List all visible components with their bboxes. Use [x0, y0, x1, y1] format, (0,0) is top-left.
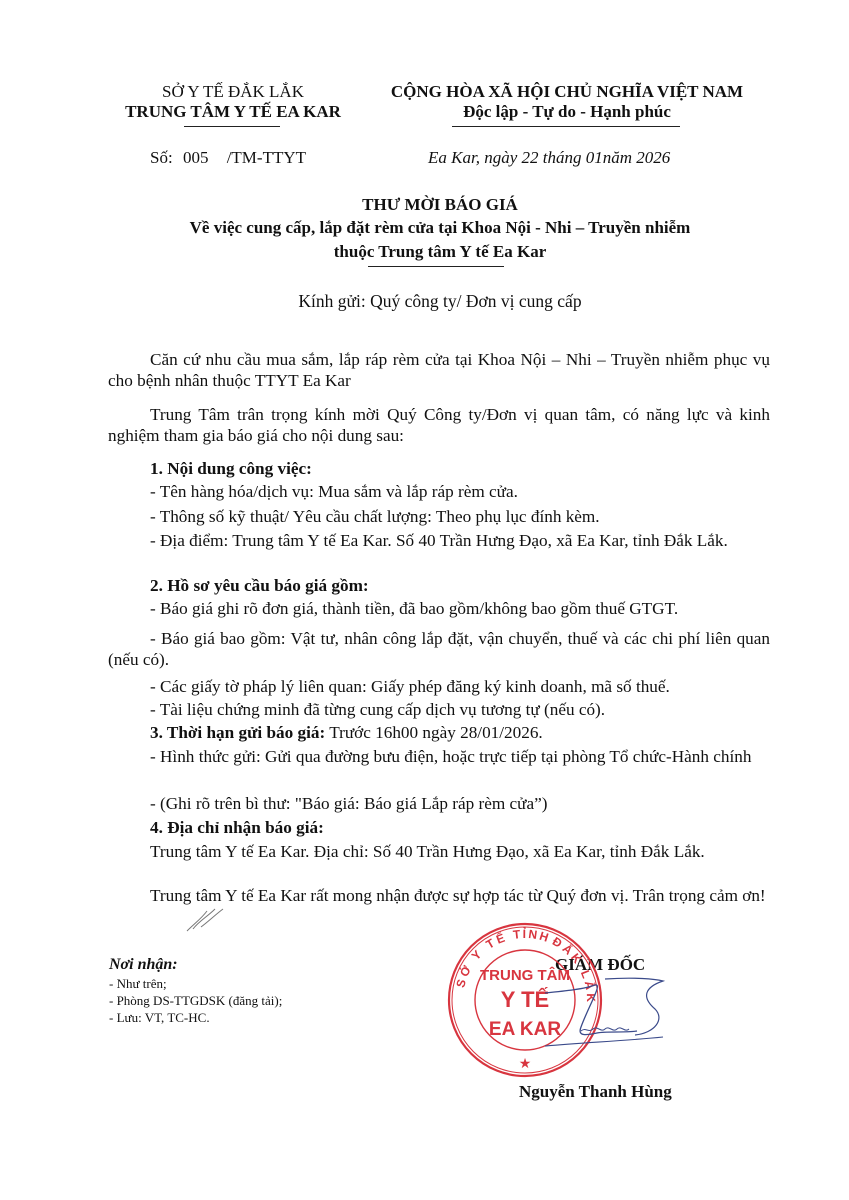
salutation: Kính gửi: Quý công ty/ Đơn vị cung cấp [100, 291, 780, 312]
section2-item: - Báo giá ghi rõ đơn giá, thành tiền, đã… [150, 598, 678, 619]
closing-paragraph: Trung tâm Y tế Ea Kar rất mong nhận được… [108, 885, 770, 906]
section1-item: - Thông số kỹ thuật/ Yêu cầu chất lượng:… [150, 506, 600, 527]
section3-item: - (Ghi rõ trên bì thư: "Báo giá: Báo giá… [150, 793, 547, 814]
recipient-item: - Như trên; [109, 976, 167, 991]
section2-item: - Các giấy tờ pháp lý liên quan: Giấy ph… [150, 676, 670, 697]
section1-heading: 1. Nội dung công việc: [150, 458, 312, 479]
signature-scribble [545, 975, 675, 1050]
signer-name: Nguyễn Thanh Hùng [519, 1082, 672, 1102]
place-date: Ea Kar, ngày 22 tháng 01năm 2026 [428, 148, 670, 168]
section3-heading-line: 3. Thời hạn gửi báo giá: Trước 16h00 ngà… [150, 722, 543, 743]
section2-heading: 2. Hồ sơ yêu cầu báo giá gồm: [150, 575, 369, 596]
document-number: Số: 005 /TM-TTYT [150, 148, 306, 168]
svg-text:★: ★ [519, 1057, 532, 1072]
recipients-label: Nơi nhận: [109, 956, 178, 974]
document-subject-line1: Về việc cung cấp, lắp đặt rèm cửa tại Kh… [100, 218, 780, 238]
document-subject-line2: thuộc Trung tâm Y tế Ea Kar [100, 242, 780, 262]
agency-name: SỞ Y TẾ ĐẮK LẮK [108, 82, 358, 102]
intro-paragraph-2: Trung Tâm trân trọng kính mời Quý Công t… [108, 404, 770, 446]
section2-item: - Tài liệu chứng minh đã từng cung cấp d… [150, 699, 605, 720]
subject-underline [368, 266, 504, 267]
nation-title: CỘNG HÒA XÃ HỘI CHỦ NGHĨA VIỆT NAM [362, 82, 772, 102]
section3-item: - Hình thức gửi: Gửi qua đường bưu điện,… [108, 746, 770, 767]
intro-paragraph-1: Căn cứ nhu cầu mua sắm, lắp ráp rèm cửa … [108, 349, 770, 391]
nation-motto: Độc lập - Tự do - Hạnh phúc [362, 102, 772, 122]
section2-item: - Báo giá bao gồm: Vật tư, nhân công lắp… [108, 628, 770, 670]
unit-name: TRUNG TÂM Y TẾ EA KAR [108, 102, 358, 122]
motto-underline [452, 126, 680, 127]
svg-text:TỈNH: TỈNH [512, 926, 552, 945]
initials-scribble [185, 905, 225, 935]
number-label: Số: [150, 148, 173, 167]
section3-deadline: Trước 16h00 ngày 28/01/2026. [325, 723, 543, 742]
section3-heading: 3. Thời hạn gửi báo giá: [150, 723, 325, 742]
recipient-item: - Phòng DS-TTGDSK (đăng tải); [109, 993, 282, 1008]
section1-item: - Địa điểm: Trung tâm Y tế Ea Kar. Số 40… [108, 530, 770, 551]
section4-heading: 4. Địa chỉ nhận báo giá: [150, 817, 324, 838]
number-suffix: /TM-TTYT [227, 148, 306, 167]
unit-underline [184, 126, 280, 127]
svg-text:Y TẾ: Y TẾ [501, 987, 550, 1012]
number-value: 005 [183, 148, 209, 167]
section4-address: Trung tâm Y tế Ea Kar. Địa chỉ: Số 40 Tr… [108, 841, 770, 862]
section1-item: - Tên hàng hóa/dịch vụ: Mua sắm và lắp r… [150, 481, 518, 502]
document-title: THƯ MỜI BÁO GIÁ [100, 195, 780, 215]
recipient-item: - Lưu: VT, TC-HC. [109, 1010, 210, 1025]
